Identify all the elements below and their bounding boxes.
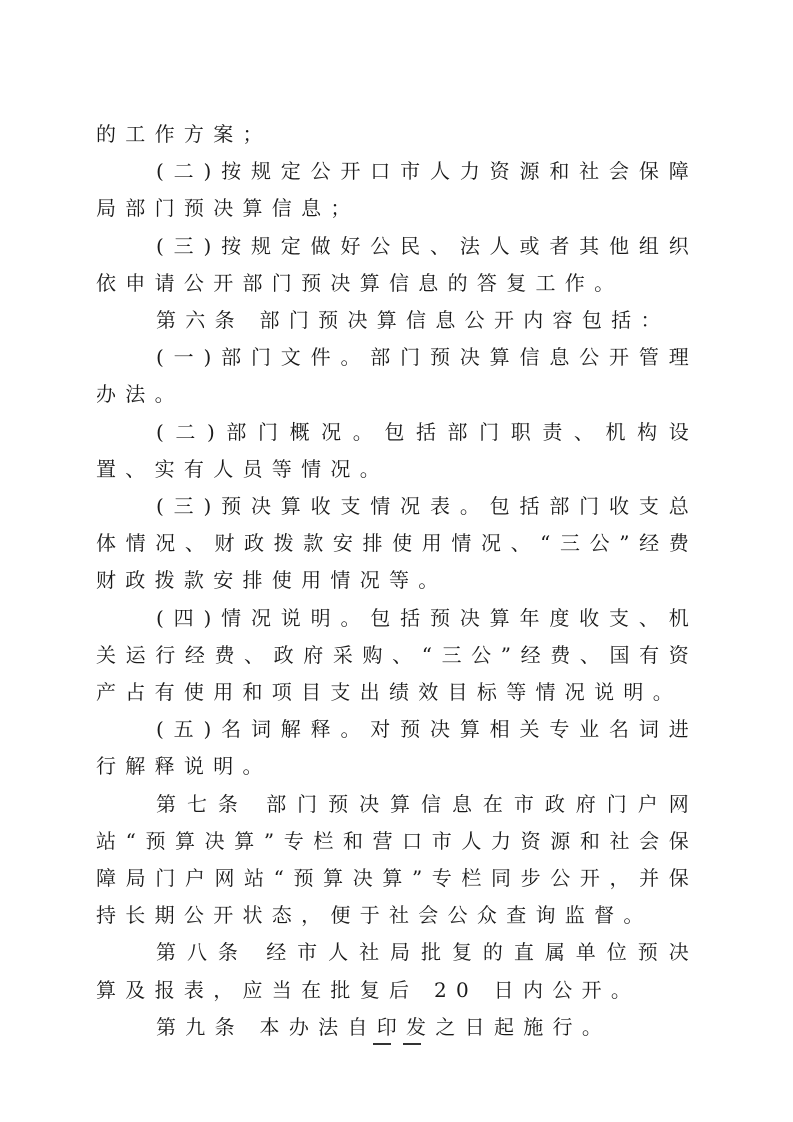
paragraph-item-3-reply: (三)按规定做好公民、法人或者其他组织依申请公开部门预决算信息的答复工作。 bbox=[96, 228, 698, 302]
page-number-dash-right bbox=[403, 1043, 421, 1045]
page-footer bbox=[0, 1036, 793, 1052]
article-7: 第七条 部门预决算信息在市政府门户网站“预算决算”专栏和营口市人力资源和社会保障… bbox=[96, 786, 698, 935]
document-body: 的工作方案； (二)按规定公开口市人力资源和社会保障局部门预决算信息； (三)按… bbox=[96, 116, 698, 1046]
paragraph-item-2-publish: (二)按规定公开口市人力资源和社会保障局部门预决算信息； bbox=[96, 153, 698, 227]
page-number-dash-left bbox=[373, 1043, 391, 1045]
article-6-item-1: (一)部门文件。部门预决算信息公开管理办法。 bbox=[96, 339, 698, 413]
article-8: 第八条 经市人社局批复的直属单位预决算及报表，应当在批复后 20 日内公开。 bbox=[96, 934, 698, 1008]
article-6-heading: 第六条 部门预决算信息公开内容包括： bbox=[96, 302, 698, 339]
article-6-item-2: (二)部门概况。包括部门职责、机构设置、实有人员等情况。 bbox=[96, 414, 698, 488]
article-6-item-5: (五)名词解释。对预决算相关专业名词进行解释说明。 bbox=[96, 711, 698, 785]
paragraph-work-plan-tail: 的工作方案； bbox=[96, 116, 698, 153]
article-6-item-4: (四)情况说明。包括预决算年度收支、机关运行经费、政府采购、“三公”经费、国有资… bbox=[96, 600, 698, 712]
article-6-item-3: (三)预决算收支情况表。包括部门收支总体情况、财政拨款安排使用情况、“三公”经费… bbox=[96, 488, 698, 600]
